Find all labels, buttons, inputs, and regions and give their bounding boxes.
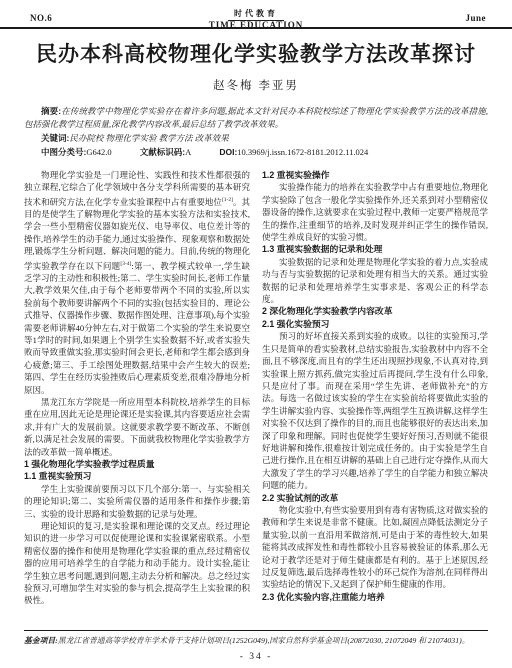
- journal-title-en: TIME EDUCATION: [0, 21, 512, 31]
- body-paragraph: 预习的好坏直接关系到实验的成败。以往的实验预习,学生只是简单的看实验教材,总结实…: [262, 330, 488, 491]
- article-title: 民办本科高校物理化学实验教学方法改革探讨: [0, 38, 512, 68]
- abstract-text: 在传统教学中物理化学实验存在着许多问题,据此本文针对民办本科院校综述了物理化学实…: [24, 106, 488, 129]
- clc-value: G642.0: [86, 147, 111, 157]
- body-paragraph: 学生上实验课前要预习以下几个部分:第一、与实验相关的理论知识;第二、实验所需仪器…: [24, 483, 250, 520]
- body-paragraph: 理论知识的复习,是实验课和理论课的交叉点。经过理论知识的进一步学习可以促使理论课…: [24, 520, 250, 607]
- doi-value: 10.3969/j.issn.1672-8181.2012.11.024: [237, 147, 368, 157]
- journal-header: NO.6 时代教育 TIME EDUCATION June: [0, 0, 512, 29]
- funding-label: 基金项目:: [24, 636, 58, 645]
- doc-code-label: 文献标识码:: [140, 147, 185, 157]
- section-heading: 1.3 重视实验数据的记录和处理: [262, 243, 488, 255]
- body-paragraph: 实验数据的记录和处理是物理化学实验的着力点,实验成功与否与实验数据的记录和处理有…: [262, 256, 488, 306]
- article-meta: 摘要:在传统教学中物理化学实验存在着许多问题,据此本文针对民办本科院校综述了物理…: [0, 105, 512, 159]
- doi-segment: DOI:10.3969/j.issn.1672-8181.2012.11.024: [219, 147, 368, 157]
- body-paragraph: 黑龙江东方学院是一所应用型本科院校,培养学生的目标重在应用,因此无论是理论课还是…: [24, 396, 250, 458]
- section-heading: 2 深化物理化学实验教学内容改革: [262, 305, 488, 317]
- funding-text: 黑龙江省普通高等学校青年学术骨干支持计划项目(1252G049),国家自然科学基…: [58, 636, 470, 645]
- authors: 赵冬梅 李亚男: [0, 77, 512, 93]
- doc-code-segment: 文献标识码:A: [140, 147, 191, 157]
- abstract-label: 摘要:: [41, 106, 61, 116]
- left-column: 物理化学实验是一门理论性、实践性和技术性都很强的独立课程,它综合了化学领域中各分…: [24, 169, 250, 629]
- journal-masthead: 时代教育 TIME EDUCATION: [0, 3, 512, 31]
- month-label: June: [465, 13, 486, 23]
- section-heading: 2.3 优化实验内容,注重能力培养: [262, 591, 488, 603]
- funding-footnote: 基金项目:黑龙江省普通高等学校青年学术骨干支持计划项目(1252G049),国家…: [24, 630, 488, 646]
- doi-label: DOI:: [219, 147, 237, 157]
- classification-line: 中图分类号:G642.0 文献标识码:A DOI:10.3969/j.issn.…: [24, 146, 488, 159]
- body-paragraph: 实验操作能力的培养在实验教学中占有重要地位,物理化学实验除了包含一般化学实验操作…: [262, 181, 488, 243]
- page-number: - 34 -: [0, 652, 512, 662]
- section-heading: 1.1 重视实验预习: [24, 470, 250, 482]
- section-heading: 1 强化物理化学实验教学过程质量: [24, 458, 250, 470]
- abstract: 摘要:在传统教学中物理化学实验存在着许多问题,据此本文针对民办本科院校综述了物理…: [24, 105, 488, 131]
- doc-code-value: A: [185, 147, 191, 157]
- section-heading: 1.2 重视实验操作: [262, 169, 488, 181]
- clc-segment: 中图分类号:G642.0: [41, 147, 112, 157]
- body-paragraph: 物化实验中,有些实验要用到有毒有害物质,这对做实验的教师和学生来说是非常不健康。…: [262, 504, 488, 591]
- keywords-label: 关键词:: [41, 133, 69, 143]
- citation-superscript: [3-4]: [120, 261, 131, 267]
- journal-page: NO.6 时代教育 TIME EDUCATION June 民办本科高校物理化学…: [0, 0, 512, 668]
- section-heading: 2.1 强化实验预习: [262, 318, 488, 330]
- right-column: 1.2 重视实验操作实验操作能力的培养在实验教学中占有重要地位,物理化学实验除了…: [262, 169, 488, 629]
- citation-superscript: [1-2]: [222, 197, 233, 203]
- section-heading: 2.2 实验试剂的改革: [262, 492, 488, 504]
- clc-label: 中图分类号:: [41, 147, 86, 157]
- body-columns: 物理化学实验是一门理论性、实践性和技术性都很强的独立课程,它综合了化学领域中各分…: [0, 159, 512, 629]
- body-paragraph: 物理化学实验是一门理论性、实践性和技术性都很强的独立课程,它综合了化学领域中各分…: [24, 169, 250, 396]
- keywords: 关键词:民办院校 物理化学实验 教学方法 改革效果: [24, 132, 488, 145]
- keywords-text: 民办院校 物理化学实验 教学方法 改革效果: [69, 133, 228, 143]
